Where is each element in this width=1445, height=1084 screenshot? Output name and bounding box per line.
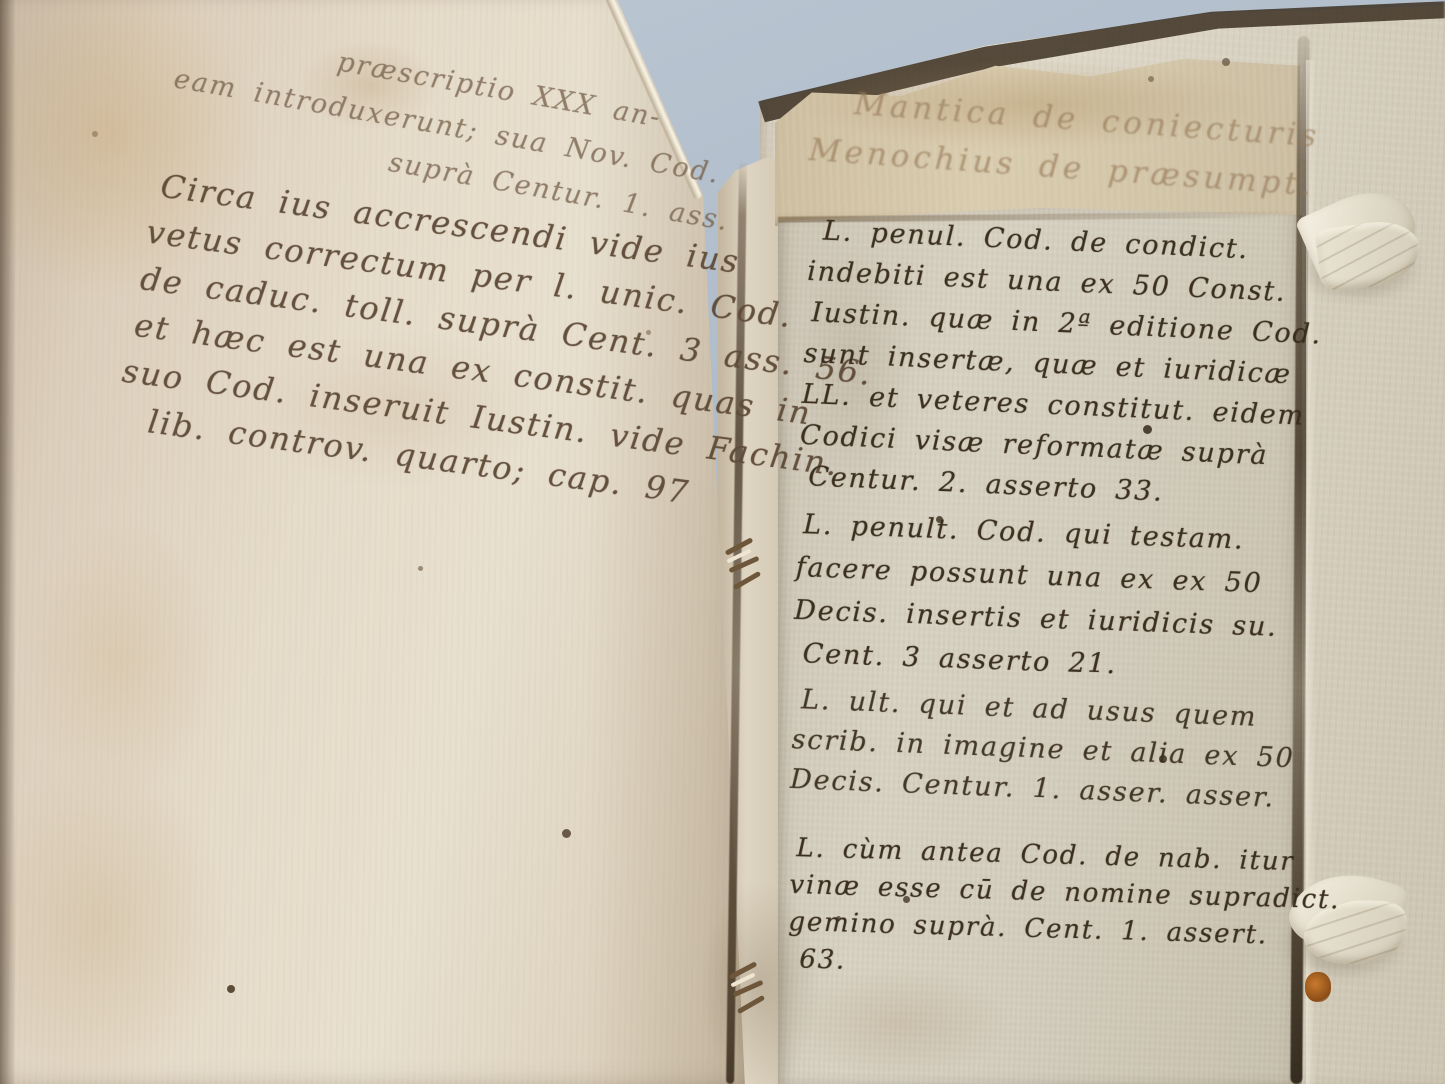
stitch-thread	[733, 571, 761, 590]
right-page-paragraph-3: L. ult. qui et ad usus quem scrib. in im…	[789, 680, 1296, 819]
stain	[0, 760, 230, 1084]
spine-stitch-upper	[722, 538, 768, 602]
photo-open-manuscript-book: præscriptio XXX an- eam introduxerunt; s…	[0, 0, 1445, 1084]
foxing-spot	[92, 131, 98, 137]
stitch-thread	[737, 995, 765, 1014]
foxing-spot	[562, 829, 571, 838]
right-page-paragraph-4: L. cùm antea Cod. de nab. itur vinæ esse…	[787, 830, 1342, 993]
right-page-paragraph-2: L. penult. Cod. qui testam. facere possu…	[792, 503, 1281, 692]
stain	[790, 968, 1010, 1078]
foxing-spot	[227, 985, 235, 993]
stain	[20, 520, 220, 800]
right-page-paragraph-1: L. penul. Cod. de condict. indebiti est …	[797, 210, 1326, 519]
foxing-spot	[418, 566, 423, 571]
page-edge-shadow	[0, 0, 16, 1084]
spine-stitch-lower	[726, 962, 772, 1026]
